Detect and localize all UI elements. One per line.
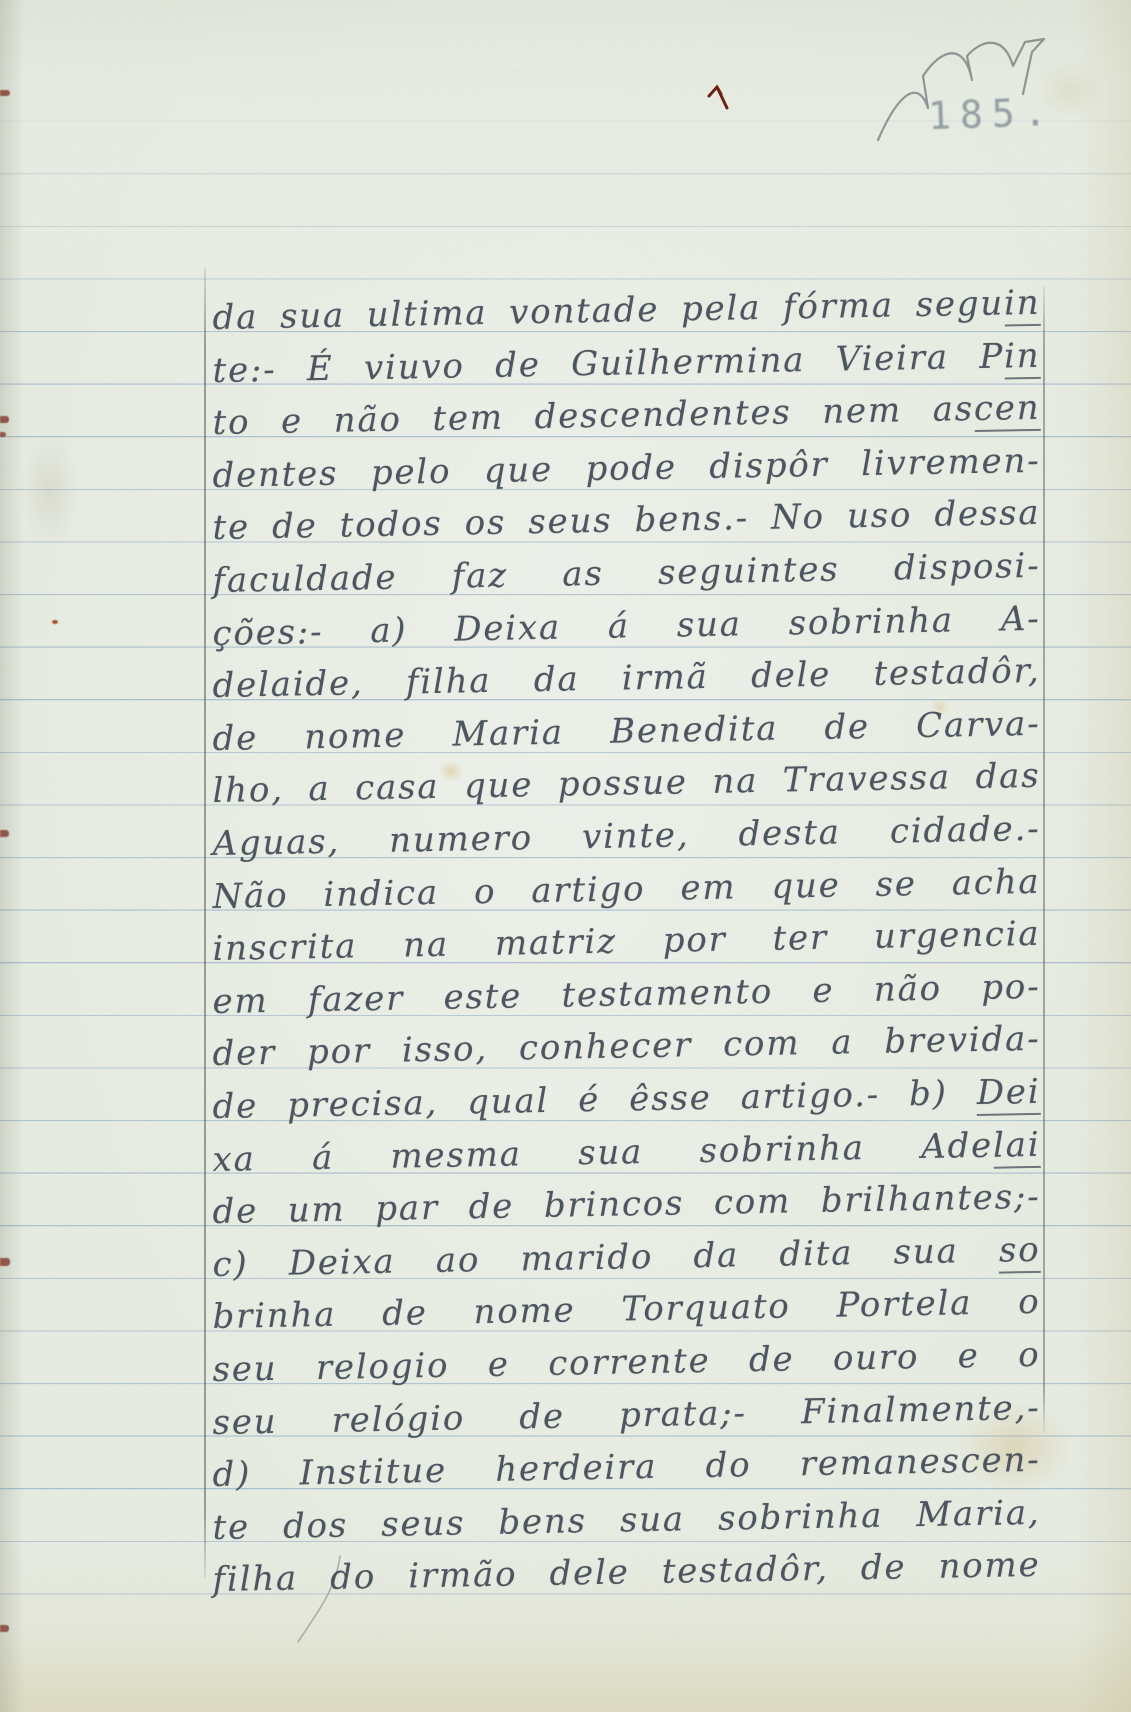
manuscript-line: de um par de brincos com brilhantes;- [212,1174,1041,1236]
line-text: em fazer este testamento e não po- [212,967,1041,1022]
line-text: Não indica o artigo em que se acha [212,861,1041,916]
manuscript-line: da sua ultima vontade pela fórma seguin [212,280,1041,342]
manuscript-text: da sua ultima vontade pela fórma seguint… [0,0,1131,1712]
manuscript-line: brinha de nome Torquato Portela o [212,1279,1041,1341]
manuscript-line: seu relogio e corrente de ouro e o [212,1332,1041,1394]
line-text: Aguas, numero vinte, desta cidade.- [212,809,1041,864]
line-text: te:- É viuvo de Guilhermina Vieira P [212,336,1004,390]
line-text: to e não tem descendentes nem as [212,389,974,443]
line-underlined-syllable: so [999,1230,1041,1274]
line-text: de um par de brincos com brilhantes;- [212,1177,1041,1232]
manuscript-line: em fazer este testamento e não po- [212,964,1041,1026]
manuscript-line: inscrita na matriz por ter urgencia [212,911,1041,973]
line-text: c) Deixa ao marido da dita sua [212,1230,999,1284]
line-text: de nome Maria Benedita de Carva- [212,704,1041,759]
line-text: te de todos os seus bens.- No uso dessa [212,493,1041,548]
manuscript-line: dentes pelo que pode dispôr livremen- [212,438,1041,500]
manuscript-line: c) Deixa ao marido da dita sua so [212,1227,1041,1289]
manuscript-line: te dos seus bens sua sobrinha Maria, [212,1490,1041,1552]
manuscript-line: filha do irmão dele testadôr, de nome [212,1542,1041,1604]
line-underlined-syllable: cen [974,388,1041,432]
manuscript-line: d) Institue herdeira do remanescen- [212,1437,1041,1499]
line-text: xa á mesma sua sobrinha Ade [212,1125,993,1179]
manuscript-line: Não indica o artigo em que se acha [212,858,1041,920]
manuscript-line: ções:- a) Deixa á sua sobrinha A- [212,595,1041,657]
line-text: dentes pelo que pode dispôr livremen- [212,441,1041,496]
line-text: da sua ultima vontade pela fórma segu [212,284,1004,338]
manuscript-line: der por isso, conhecer com a brevida- [212,1016,1041,1078]
line-text: de precisa, qual é êsse artigo.- b) [212,1073,977,1127]
line-text: d) Institue herdeira do remanescen- [212,1440,1041,1495]
line-text: brinha de nome Torquato Portela o [212,1282,1041,1337]
line-underlined-syllable: in [1004,283,1041,327]
line-text: ções:- a) Deixa á sua sobrinha A- [212,598,1041,653]
manuscript-line: de precisa, qual é êsse artigo.- b) Dei [212,1069,1041,1131]
line-text: lho, a casa que possue na Travessa das [212,756,1041,811]
line-text: delaide, filha da irmã dele testadôr, [212,651,1041,706]
manuscript-line: xa á mesma sua sobrinha Adelai [212,1121,1041,1183]
manuscript-line: delaide, filha da irmã dele testadôr, [212,648,1041,710]
manuscript-line: to e não tem descendentes nem ascen [212,385,1041,447]
line-text: inscrita na matriz por ter urgencia [212,914,1041,969]
line-text: seu relogio e corrente de ouro e o [212,1335,1041,1390]
manuscript-line: te de todos os seus bens.- No uso dessa [212,490,1041,552]
line-underlined-syllable: Dei [976,1072,1040,1116]
manuscript-line: lho, a casa que possue na Travessa das [212,753,1041,815]
manuscript-line: te:- É viuvo de Guilhermina Vieira Pin [212,332,1041,394]
line-text: te dos seus bens sua sobrinha Maria, [212,1493,1041,1548]
line-underlined-syllable: lai [993,1124,1041,1168]
manuscript-line: seu relógio de prata;- Finalmente,- [212,1384,1041,1446]
manuscript-line: de nome Maria Benedita de Carva- [212,701,1041,763]
manuscript-page: 185. da sua ultima vontade pela fórma se… [0,0,1131,1712]
manuscript-line: Aguas, numero vinte, desta cidade.- [212,806,1041,868]
line-text: seu relógio de prata;- Finalmente,- [212,1387,1041,1442]
line-text: faculdade faz as seguintes disposi- [212,546,1041,601]
line-text: filha do irmão dele testadôr, de nome [212,1545,1041,1600]
line-text: der por isso, conhecer com a brevida- [212,1019,1041,1074]
manuscript-line: faculdade faz as seguintes disposi- [212,543,1041,605]
line-underlined-syllable: in [1004,335,1041,379]
